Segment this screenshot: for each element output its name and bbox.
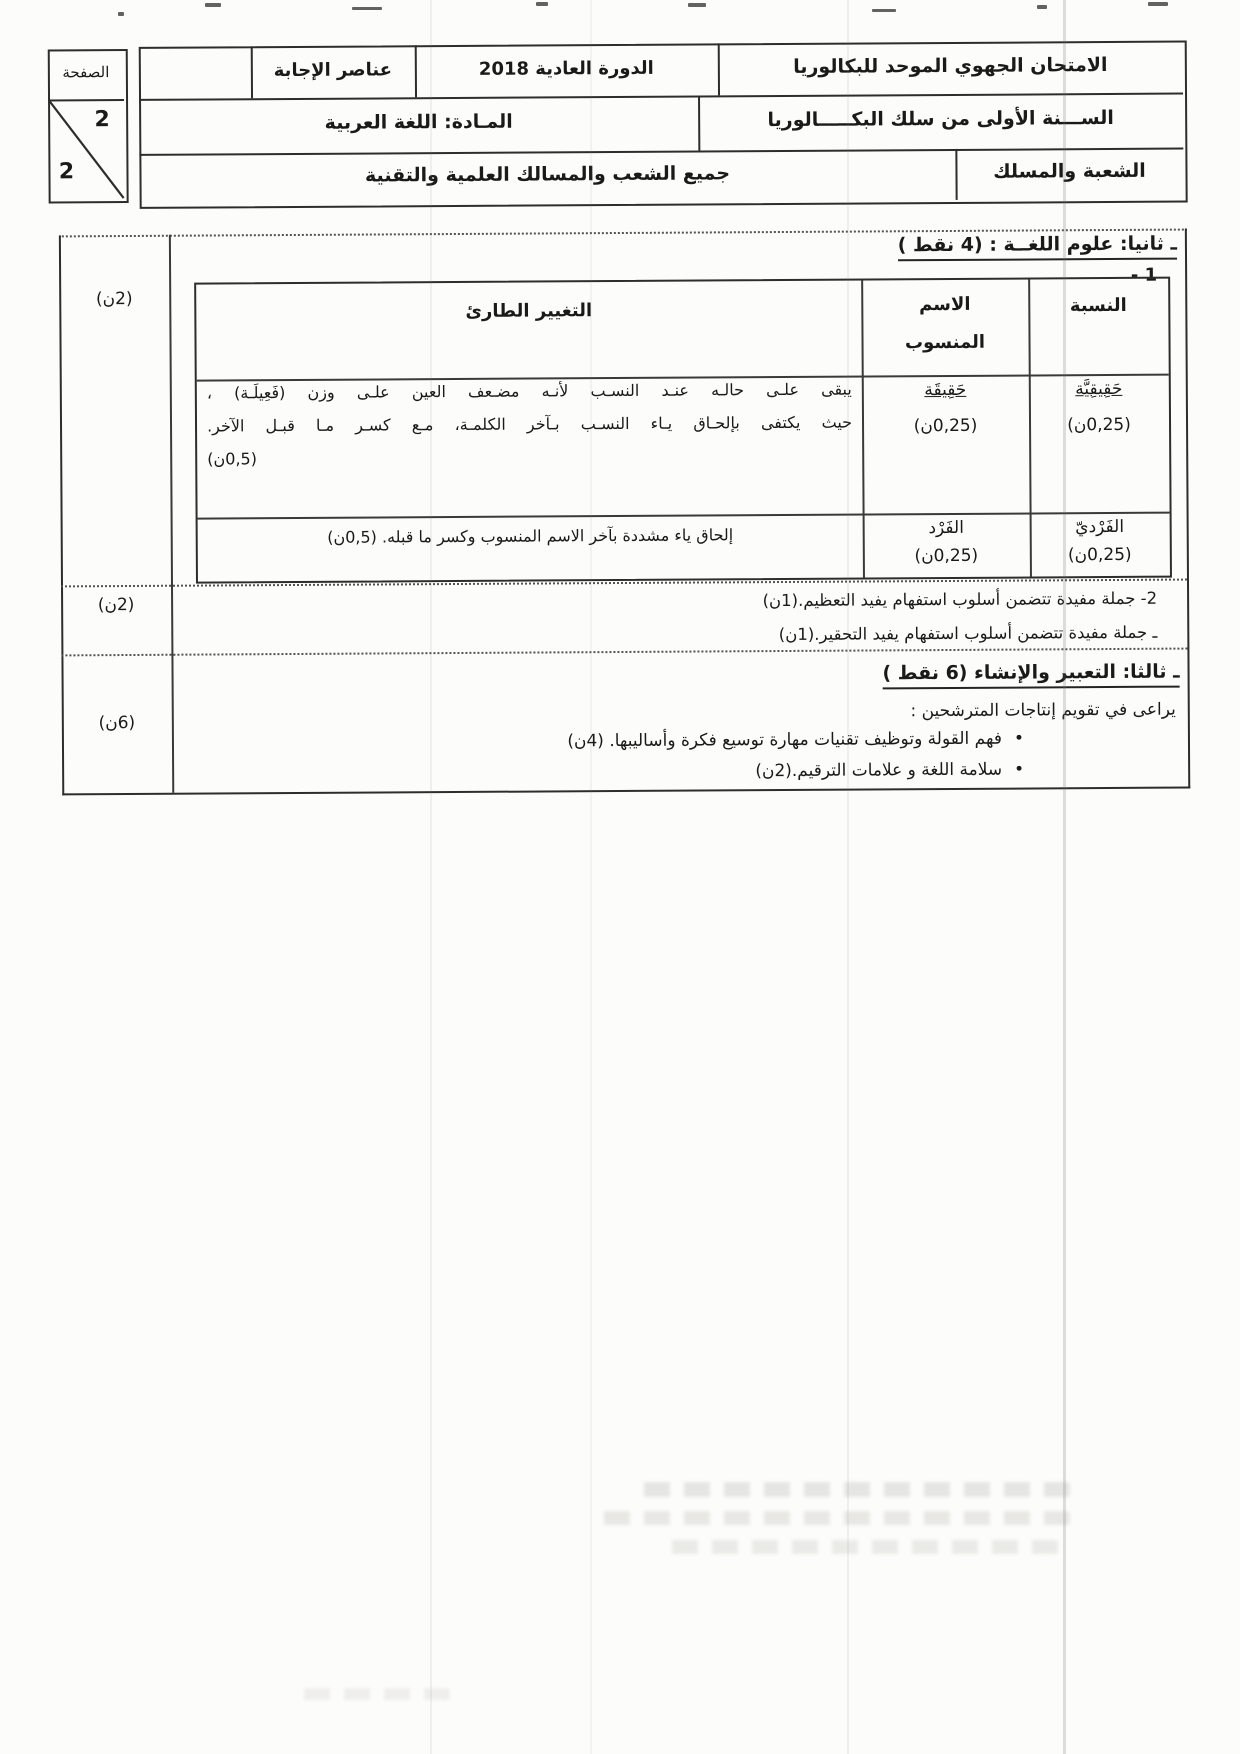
bullet-icon: • [1014, 760, 1024, 780]
scan-speck [872, 9, 896, 12]
section-two-heading: ـ ثانيا: علوم اللغــة : (4 نقط ) [898, 233, 1177, 257]
col-header-noun-line1: الاسم [861, 294, 1028, 316]
row1-noun-word: حَقِيقَة [924, 380, 966, 400]
row2-change: إلحاق ياء مشددة بآخر الاسم المنسوب وكسر … [208, 525, 853, 548]
scan-speck [536, 2, 548, 6]
row2-nisba-score: (0,25ن) [1030, 545, 1170, 566]
scan-speck [1148, 2, 1168, 6]
col-header-noun-line2: المنسوب [861, 332, 1028, 354]
ghost-text-bleedthrough [658, 1540, 1058, 1554]
section-two-heading-text: ـ ثانيا: علوم اللغــة : (4 نقط ) [898, 233, 1177, 262]
bullet-item-1: •فهم القولة وتوظيف تقنيات مهارة توسيع فك… [567, 729, 1024, 752]
content-box-bottom [62, 787, 1190, 796]
item-two-line-2: ـ جملة مفيدة تتضمن أسلوب استفهام يفيد ال… [779, 623, 1158, 644]
answer-key-label: عناصر الإجابة [251, 59, 415, 81]
essay-intro: يراعى في تقويم إنتاجات المترشحين : [910, 700, 1175, 722]
ghost-text-bleedthrough [600, 1511, 1070, 1525]
margin-score-sentences: (2ن) [61, 595, 171, 616]
row1-nisba-word: حَقِيقِيَّة [1075, 379, 1122, 399]
content-box-left [59, 235, 65, 795]
stream-label: الشعبة والمسلك [955, 160, 1183, 183]
level-label: الســـنة الأولى من سلك البكـــــالوريا [698, 107, 1183, 132]
item-two-line-1: 2- جملة مفيدة تتضمن أسلوب استفهام يفيد ا… [763, 589, 1158, 610]
row1-change-line2: حيث يكتفى بإلحـاق يـاء النسـب بـآخر الكل… [207, 413, 852, 436]
subject-label: المـادة: اللغة العربية [139, 110, 698, 135]
scan-speck [688, 3, 706, 7]
row2-noun: الفَرْد [863, 517, 1030, 538]
scan-speck [1037, 5, 1047, 9]
row1-noun-score: (0,25ن) [862, 416, 1029, 437]
row1-noun: حَقِيقَة [862, 380, 1029, 401]
page-label: الصفحة [48, 63, 124, 81]
answers-table: التغيير الطارئ الاسم المنسوب النسبة حَقِ… [194, 277, 1172, 584]
scan-speck [352, 7, 382, 10]
bullet-item-2-text: سلامة اللغة و علامات الترقيم.(2ن) [755, 760, 1002, 782]
scan-speck [205, 3, 221, 7]
content-box-right [1185, 229, 1191, 789]
row2-noun-score: (0,25ن) [863, 545, 1030, 566]
ghost-text-bleedthrough [640, 1482, 1070, 1497]
row1-nisba-score: (0,25ن) [1029, 415, 1169, 436]
exam-title: الامتحان الجهوي الموحد للبكالوريا [718, 54, 1183, 79]
row1-change-line1: يبقى علـى حالـه عنـد النسـب لأنـه مضـعف … [207, 380, 852, 403]
session-label: الدورة العادية 2018 [415, 57, 718, 80]
score-column-divider [169, 235, 174, 793]
col-header-nisba: النسبة [1028, 295, 1168, 317]
row2-nisba: الفَرْديّ [1030, 517, 1170, 538]
page-number-top: 2 [86, 107, 118, 132]
section-three-heading-text: ـ ثالثا: التعبير والإنشاء (6 نقط ) [882, 661, 1179, 690]
row1-nisba: حَقِيقِيَّة [1029, 379, 1169, 400]
bullet-icon: • [1014, 729, 1024, 749]
margin-score-language-table: (2ن) [59, 289, 169, 310]
ghost-text-bleedthrough [300, 1688, 450, 1700]
scan-speck [118, 12, 124, 16]
bullet-item-2: •سلامة اللغة و علامات الترقيم.(2ن) [755, 760, 1024, 782]
row1-change-score: (0,5ن) [207, 446, 852, 469]
margin-score-essay: (6ن) [62, 713, 172, 734]
col-header-change: التغيير الطارئ [196, 299, 861, 324]
scanned-exam-page: الصفحة 2 2 الامتحان الجهوي الموحد للبكال… [0, 0, 1240, 1754]
page-number-bottom: 2 [50, 159, 82, 184]
section-separator-2 [61, 648, 1187, 657]
section-three-heading: ـ ثالثا: التعبير والإنشاء (6 نقط ) [882, 661, 1179, 685]
bullet-item-1-text: فهم القولة وتوظيف تقنيات مهارة توسيع فكر… [567, 729, 1002, 752]
